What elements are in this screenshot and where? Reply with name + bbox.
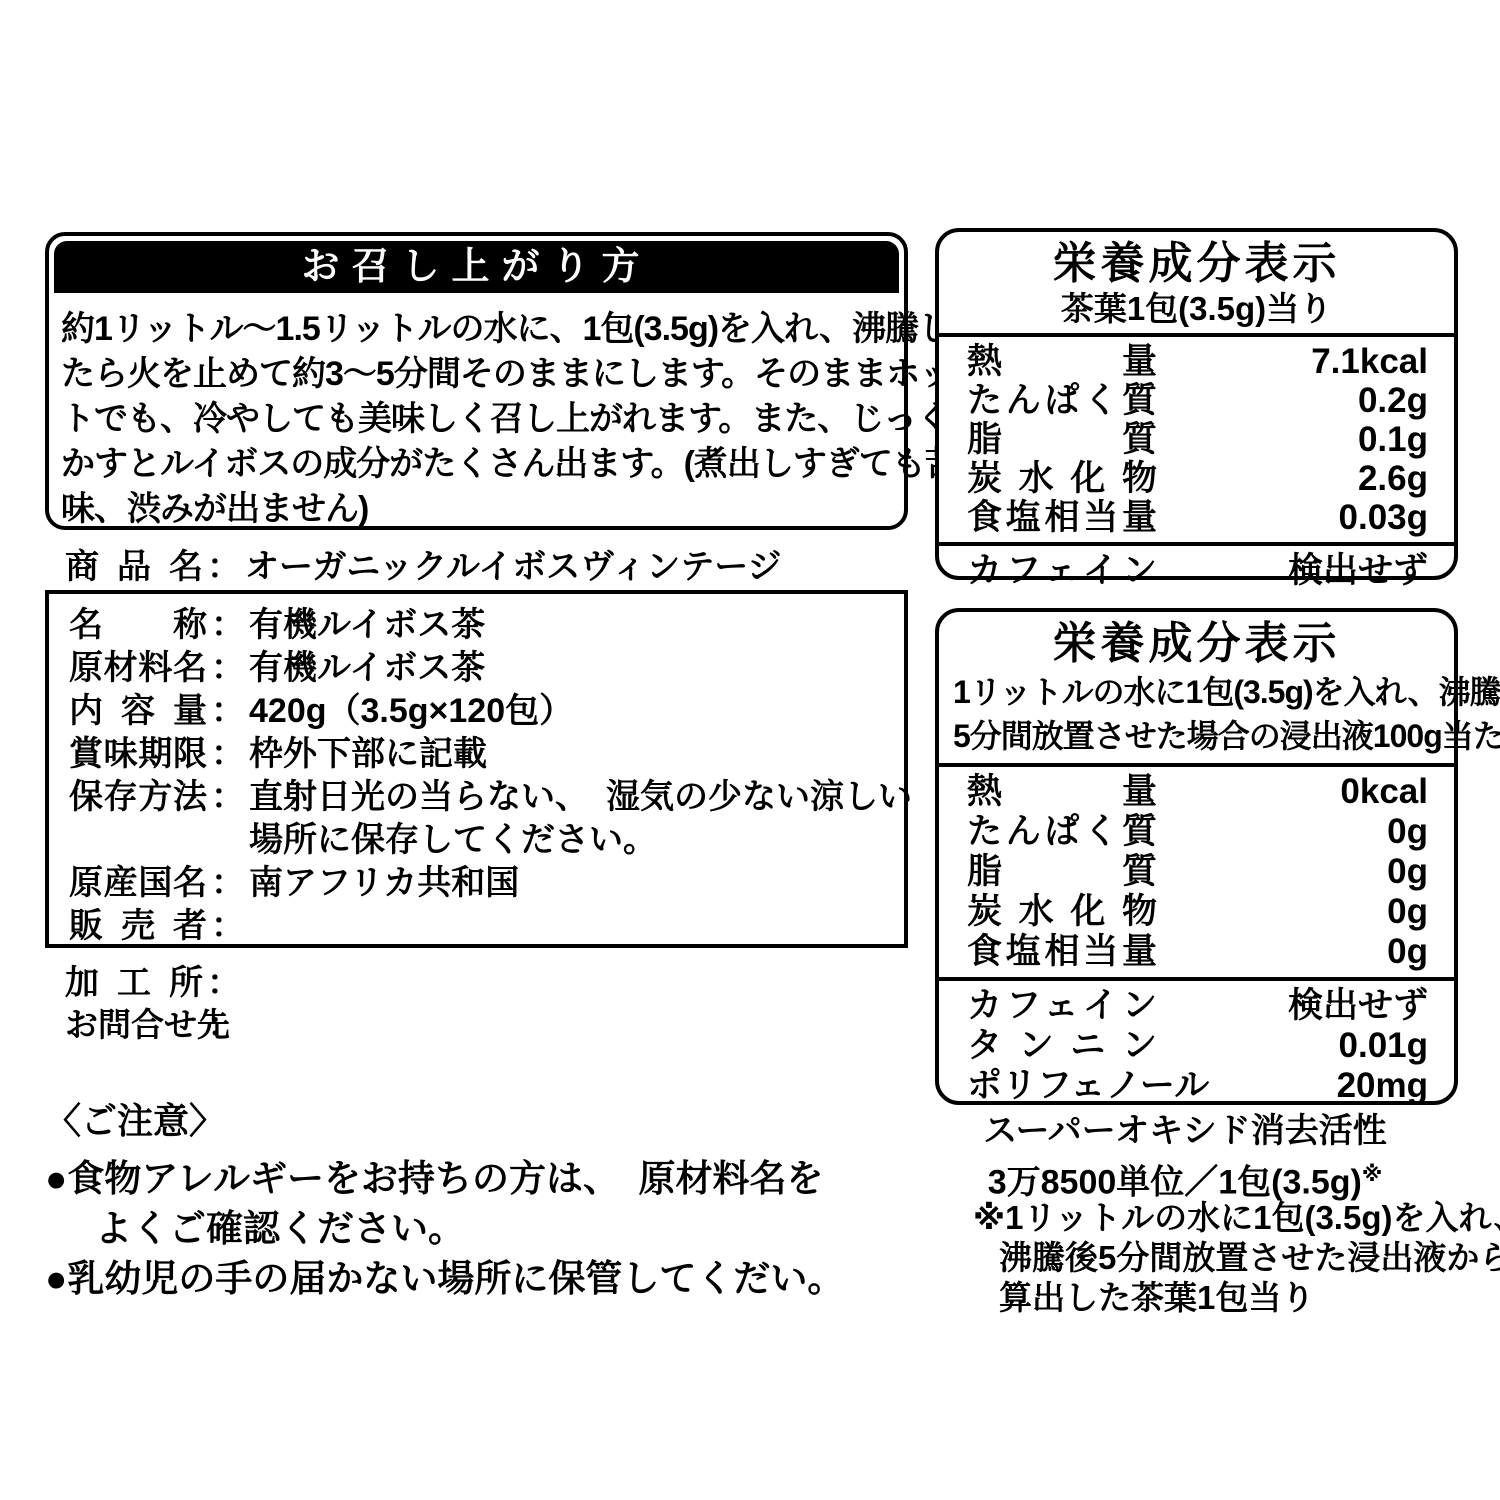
nutrition-row-protein: たんぱく質 0.2g (953, 381, 1440, 420)
nutrition-row-tannin: タンニン 0.01g (953, 1026, 1440, 1066)
nutrient-label: 食塩相当量 (967, 498, 1157, 537)
nutrient-value: 0g (1157, 812, 1428, 852)
nutrient-label: 炭水化物 (967, 459, 1157, 498)
serving-text-line: トでも、冷やしても美味しく召し上がれます。また、じっくり沸 (61, 397, 896, 442)
nutrient-label: 脂質 (967, 852, 1157, 892)
info-label: 販売者 (69, 905, 207, 948)
footnote-line: 算出した茶葉1包当り (973, 1278, 1453, 1318)
serving-text-line: たら火を止めて約3〜5分間そのままにします。そのままホッ (61, 352, 896, 397)
info-value: 南アフリカ共和国 (249, 862, 892, 905)
serving-instructions-text: 約1リットル〜1.5リットルの水に、1包(3.5g)を入れ、沸騰し たら火を止め… (49, 293, 904, 532)
nutrition-row-carbohydrate: 炭水化物 0g (953, 892, 1440, 932)
nutrition-row-protein: たんぱく質 0g (953, 812, 1440, 852)
divider (939, 333, 1454, 337)
product-name-row: 商品名 ： オーガニックルイボスヴィンテージ (65, 546, 885, 588)
info-label: 保存方法 (69, 776, 207, 819)
processing-plant-row: 加工所 ： (65, 962, 245, 1004)
nutrient-label: たんぱく質 (967, 381, 1157, 420)
nutrient-label: 熱量 (967, 342, 1157, 381)
nutrition-row-caffeine: カフェイン 検出せず (953, 986, 1440, 1026)
divider (939, 763, 1454, 767)
info-row-net-content: 内容量 ： 420g（3.5g×120包） (69, 690, 892, 733)
notice-item-allergy-cont: よくご確認ください。 (45, 1204, 905, 1254)
sod-activity-value: 3万8500単位／1包(3.5g) (988, 1163, 1362, 1201)
nutrition-row-salt: 食塩相当量 0g (953, 932, 1440, 972)
colon: ： (207, 647, 249, 690)
info-label: 原材料名 (69, 647, 207, 690)
storage-line: 直射日光の当らない、 湿気の少ない涼しい (249, 776, 892, 819)
nutrition-subtitle-line: 5分間放置させた場合の浸出液100g当たり (953, 714, 1440, 758)
notice-item-allergy: ●食物アレルギーをお持ちの方は、 原材料名を (45, 1154, 905, 1204)
serving-text-line: 味、渋みが出ません) (61, 487, 896, 532)
info-row-seller: 販売者 ： (69, 905, 892, 948)
nutrient-label: 食塩相当量 (967, 932, 1157, 972)
info-label: 内容量 (69, 690, 207, 733)
nutrient-label: 炭水化物 (967, 892, 1157, 932)
nutrient-value: 検出せず (1157, 986, 1428, 1026)
nutrient-value: 0.03g (1157, 498, 1428, 537)
info-row-best-before: 賞味期限 ： 枠外下部に記載 (69, 733, 892, 776)
divider (939, 977, 1454, 981)
nutrient-label: カフェイン (967, 986, 1157, 1026)
nutrition-row-fat: 脂質 0g (953, 852, 1440, 892)
nutrient-value: 20mg (1157, 1066, 1428, 1106)
nutrient-value: 検出せず (1157, 551, 1428, 590)
nutrient-value: 7.1kcal (1157, 342, 1428, 381)
nutrient-value: 2.6g (1157, 459, 1428, 498)
serving-text-line: かすとルイボスの成分がたくさん出ます。(煮出しすぎても苦 (61, 442, 896, 487)
colon: ： (207, 690, 249, 733)
nutrition-title: 栄養成分表示 (953, 618, 1440, 670)
product-name-label: 商品名 (65, 546, 203, 588)
nutrition-row-caffeine: カフェイン 検出せず (953, 551, 1440, 590)
sod-activity-line1: スーパーオキシド消去活性 (935, 1110, 1435, 1153)
product-info-box: 名称 ： 有機ルイボス茶 原材料名 ： 有機ルイボス茶 内容量 ： 420g（3… (45, 590, 908, 948)
nutrition-table-per-infusion: 栄養成分表示 1リットルの水に1包(3.5g)を入れ、沸騰後 5分間放置させた場… (935, 608, 1458, 1105)
sod-activity-line2: 3万8500単位／1包(3.5g)※ (935, 1153, 1435, 1204)
nutrient-label: たんぱく質 (967, 812, 1157, 852)
info-row-origin-country: 原産国名 ： 南アフリカ共和国 (69, 862, 892, 905)
nutrient-value: 0kcal (1157, 772, 1428, 812)
divider (939, 542, 1454, 546)
notice-title: 〈ご注意〉 (45, 1096, 905, 1146)
nutrition-row-polyphenol: ポリフェノール 20mg (953, 1066, 1440, 1106)
colon: ： (207, 776, 249, 819)
notice-item-children: ●乳幼児の手の届かない場所に保管してくだい。 (45, 1254, 905, 1304)
nutrient-label: 脂質 (967, 420, 1157, 459)
colon: ： (203, 962, 245, 1004)
info-value: 直射日光の当らない、 湿気の少ない涼しい 場所に保存してください。 (249, 776, 892, 862)
footnote-line: ※1リットルの水に1包(3.5g)を入れ、 (973, 1198, 1453, 1238)
nutrition-row-energy: 熱量 7.1kcal (953, 342, 1440, 381)
serving-instructions-title: お召し上がり方 (54, 241, 899, 293)
nutrition-row-fat: 脂質 0.1g (953, 420, 1440, 459)
colon: ： (207, 604, 249, 647)
storage-line: 場所に保存してください。 (249, 819, 892, 862)
sod-activity-note: スーパーオキシド消去活性 3万8500単位／1包(3.5g)※ (935, 1110, 1435, 1204)
serving-instructions-box: お召し上がり方 約1リットル〜1.5リットルの水に、1包(3.5g)を入れ、沸騰… (45, 232, 908, 530)
info-row-storage: 保存方法 ： 直射日光の当らない、 湿気の少ない涼しい 場所に保存してください。 (69, 776, 892, 862)
info-value: 有機ルイボス茶 (249, 604, 892, 647)
nutrient-label: タンニン (967, 1026, 1157, 1066)
contact-label: お問合せ先 (65, 1004, 203, 1046)
nutrient-value: 0g (1157, 892, 1428, 932)
info-value: 420g（3.5g×120包） (249, 690, 892, 733)
sod-footnote: ※1リットルの水に1包(3.5g)を入れ、 沸騰後5分間放置させた浸出液から 算… (973, 1198, 1453, 1318)
nutrition-row-salt: 食塩相当量 0.03g (953, 498, 1440, 537)
info-row-ingredients: 原材料名 ： 有機ルイボス茶 (69, 647, 892, 690)
nutrition-row-energy: 熱量 0kcal (953, 772, 1440, 812)
info-row-name: 名称 ： 有機ルイボス茶 (69, 604, 892, 647)
nutrition-subtitle: 茶葉1包(3.5g)当り (953, 290, 1440, 328)
info-label: 賞味期限 (69, 733, 207, 776)
nutrient-label: ポリフェノール (967, 1066, 1157, 1106)
reference-mark: ※ (1362, 1163, 1382, 1186)
colon: ： (207, 733, 249, 776)
colon: ： (207, 905, 249, 948)
nutrition-subtitle-line: 1リットルの水に1包(3.5g)を入れ、沸騰後 (953, 670, 1440, 714)
notice-section: 〈ご注意〉 ●食物アレルギーをお持ちの方は、 原材料名を よくご確認ください。 … (45, 1096, 905, 1304)
colon: ： (203, 546, 245, 588)
nutrient-value: 0.01g (1157, 1026, 1428, 1066)
processing-plant-label: 加工所 (65, 962, 203, 1004)
nutrient-value: 0.2g (1157, 381, 1428, 420)
nutrient-value: 0g (1157, 932, 1428, 972)
nutrition-table-per-pack: 栄養成分表示 茶葉1包(3.5g)当り 熱量 7.1kcal たんぱく質 0.2… (935, 228, 1458, 580)
info-value: 枠外下部に記載 (249, 733, 892, 776)
info-label: 原産国名 (69, 862, 207, 905)
nutrient-label: カフェイン (967, 551, 1157, 590)
contact-row: お問合せ先 ： (65, 1004, 245, 1046)
info-value: 有機ルイボス茶 (249, 647, 892, 690)
nutrient-value: 0.1g (1157, 420, 1428, 459)
nutrition-row-carbohydrate: 炭水化物 2.6g (953, 459, 1440, 498)
colon: ： (203, 1004, 245, 1046)
product-name-value: オーガニックルイボスヴィンテージ (245, 546, 782, 588)
nutrition-title: 栄養成分表示 (953, 238, 1440, 290)
nutrient-label: 熱量 (967, 772, 1157, 812)
nutrient-value: 0g (1157, 852, 1428, 892)
footnote-line: 沸騰後5分間放置させた浸出液から (973, 1238, 1453, 1278)
colon: ： (207, 862, 249, 905)
serving-text-line: 約1リットル〜1.5リットルの水に、1包(3.5g)を入れ、沸騰し (61, 307, 896, 352)
info-label: 名称 (69, 604, 207, 647)
